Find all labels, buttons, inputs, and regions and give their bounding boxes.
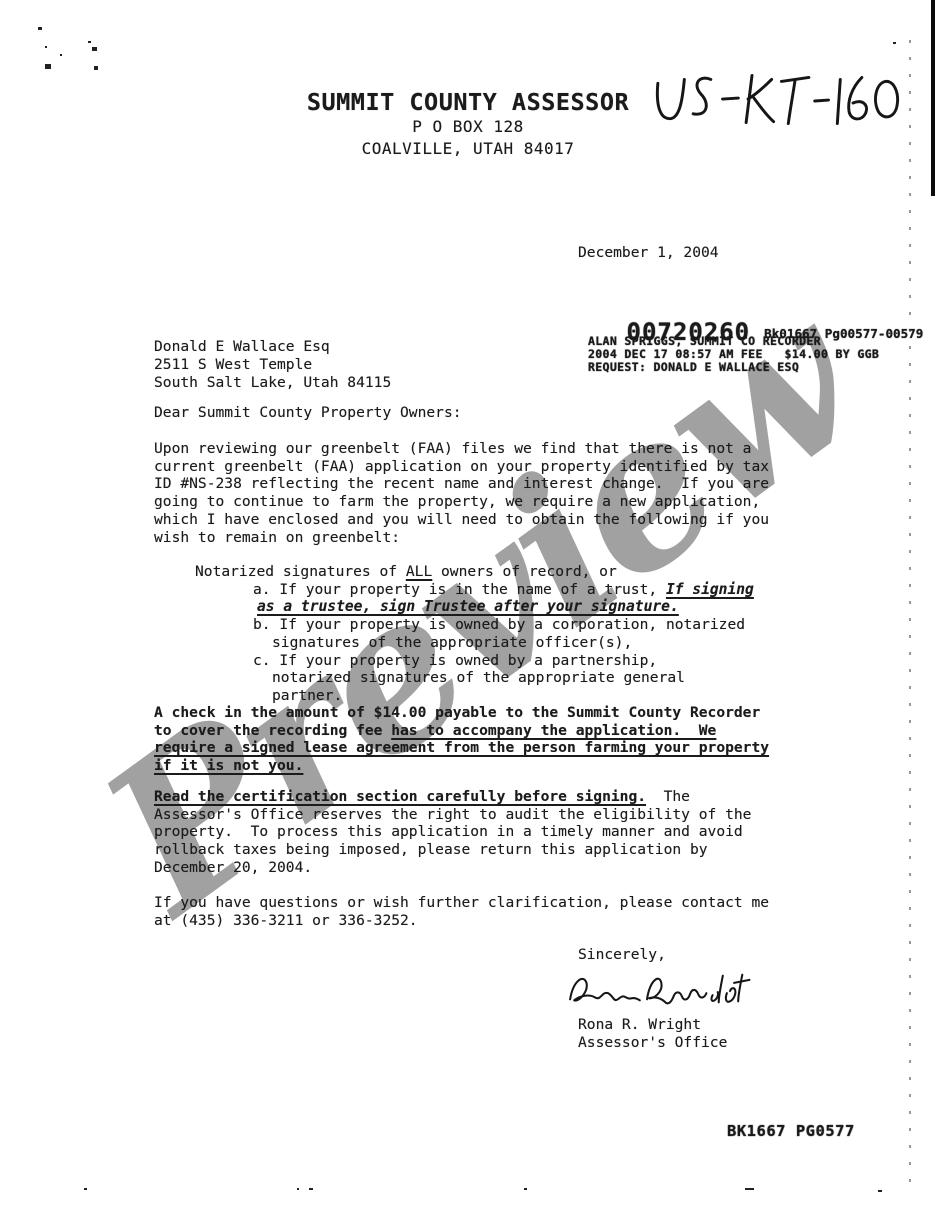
paragraph-intro-line: current greenbelt (FAA) application on y… — [154, 458, 769, 476]
scan-speck — [38, 27, 42, 30]
scan-speck — [893, 42, 896, 44]
certification-line5: December 20, 2004. — [154, 859, 751, 877]
recipient-city: South Salt Lake, Utah 84115 — [154, 374, 391, 392]
requirement-item-b-cont: signatures of the appropriate officer(s)… — [272, 634, 754, 652]
handwritten-file-number-icon — [650, 66, 905, 138]
check-line2-pre: to cover the recording fee — [154, 722, 391, 739]
paragraph-intro-line: going to continue to farm the property, … — [154, 493, 769, 511]
scan-speck — [878, 1190, 882, 1192]
paragraph-check-line2: to cover the recording fee has to accomp… — [154, 722, 769, 740]
paragraph-check: A check in the amount of $14.00 payable … — [154, 704, 769, 775]
scan-speck — [309, 1188, 313, 1190]
item-b-label: b. — [253, 616, 279, 633]
requirement-item-c: c. If your property is owned by a partne… — [253, 652, 754, 670]
scan-speck — [94, 66, 98, 70]
scan-speck — [88, 41, 91, 43]
paragraph-check-line4: if it is not you. — [154, 757, 769, 775]
check-line2-underlined: has to accompany the application. We — [391, 722, 716, 739]
item-a-label: a. — [253, 581, 279, 598]
recipient-address: Donald E Wallace Esq 2511 S West Temple … — [154, 338, 391, 392]
contact-line1: If you have questions or wish further cl… — [154, 894, 769, 912]
requirements-intro-post: owners of record, or — [432, 563, 617, 580]
requirements-intro-all: ALL — [406, 563, 432, 580]
letter-date-text: December 1, 2004 — [578, 244, 719, 262]
scan-speck — [84, 1188, 87, 1190]
letter-date: December 1, 2004 — [578, 244, 719, 262]
paragraph-check-line3: require a signed lease agreement from th… — [154, 739, 769, 757]
certification-warning: Read the certification section carefully… — [154, 788, 646, 805]
salutation: Dear Summit County Property Owners: — [154, 404, 462, 422]
scan-speck — [524, 1188, 527, 1190]
certification-line4: rollback taxes being imposed, please ret… — [154, 841, 751, 859]
requirement-item-a: a. If your property is in the name of a … — [253, 581, 754, 599]
item-c-text: If your property is owned by a partnersh… — [279, 652, 657, 669]
requirements-list: Notarized signatures of ALL owners of re… — [154, 563, 754, 705]
scan-speck — [92, 47, 97, 51]
certification-line3: property. To process this application in… — [154, 823, 751, 841]
signer-title: Assessor's Office — [578, 1034, 727, 1052]
certification-line2: Assessor's Office reserves the right to … — [154, 806, 751, 824]
paragraph-intro: Upon reviewing our greenbelt (FAA) files… — [154, 440, 769, 546]
requirement-item-c-end: partner. — [272, 687, 754, 705]
letterhead-city: COALVILLE, UTAH 84017 — [0, 138, 936, 160]
item-a-emphasis: If signing — [666, 581, 754, 598]
scan-speck — [745, 1188, 754, 1190]
letter-page: Preview SUMMIT COUNTY ASSESSOR P O BOX 1… — [0, 0, 936, 1214]
item-b-text: If your property is owned by a corporati… — [279, 616, 745, 633]
item-c-label: c. — [253, 652, 279, 669]
scan-edge-dots — [909, 40, 911, 1190]
scan-speck — [45, 46, 47, 48]
requirements-intro-pre: Notarized signatures of — [195, 563, 406, 580]
item-a-text: If your property is in the name of a tru… — [279, 581, 666, 598]
recipient-name: Donald E Wallace Esq — [154, 338, 391, 356]
paragraph-check-line1: A check in the amount of $14.00 payable … — [154, 704, 769, 722]
requirement-item-c-cont: notarized signatures of the appropriate … — [272, 669, 754, 687]
paragraph-intro-line: which I have enclosed and you will need … — [154, 511, 769, 529]
scan-speck — [60, 54, 62, 56]
paragraph-contact: If you have questions or wish further cl… — [154, 894, 769, 929]
scan-speck — [45, 64, 51, 69]
paragraph-intro-line: ID #NS-238 reflecting the recent name an… — [154, 475, 769, 493]
signature-block: Rona R. Wright Assessor's Office — [578, 1016, 727, 1052]
contact-line2: at (435) 336-3211 or 336-3252. — [154, 912, 769, 930]
certification-line1-post: The — [646, 788, 690, 805]
recorder-request-line: REQUEST: DONALD E WALLACE ESQ — [588, 361, 879, 374]
salutation-text: Dear Summit County Property Owners: — [154, 404, 462, 422]
signer-name: Rona R. Wright — [578, 1016, 727, 1034]
certification-line1: Read the certification section carefully… — [154, 788, 751, 806]
paragraph-intro-line: wish to remain on greenbelt: — [154, 529, 769, 547]
recipient-street: 2511 S West Temple — [154, 356, 391, 374]
footer-book-page-stamp: BK1667 PG0577 — [727, 1122, 855, 1140]
scan-speck — [297, 1188, 299, 1190]
scan-edge-line — [931, 0, 935, 196]
recorder-stamp: ALAN SPRIGGS, SUMMIT CO RECORDER 2004 DE… — [588, 335, 879, 375]
paragraph-certification: Read the certification section carefully… — [154, 788, 751, 877]
requirement-item-a-cont: as a trustee, sign Trustee after your si… — [257, 598, 754, 616]
requirements-intro: Notarized signatures of ALL owners of re… — [195, 563, 754, 581]
paragraph-intro-line: Upon reviewing our greenbelt (FAA) files… — [154, 440, 769, 458]
requirement-item-b: b. If your property is owned by a corpor… — [253, 616, 754, 634]
signature-handwriting-icon — [566, 962, 771, 1012]
